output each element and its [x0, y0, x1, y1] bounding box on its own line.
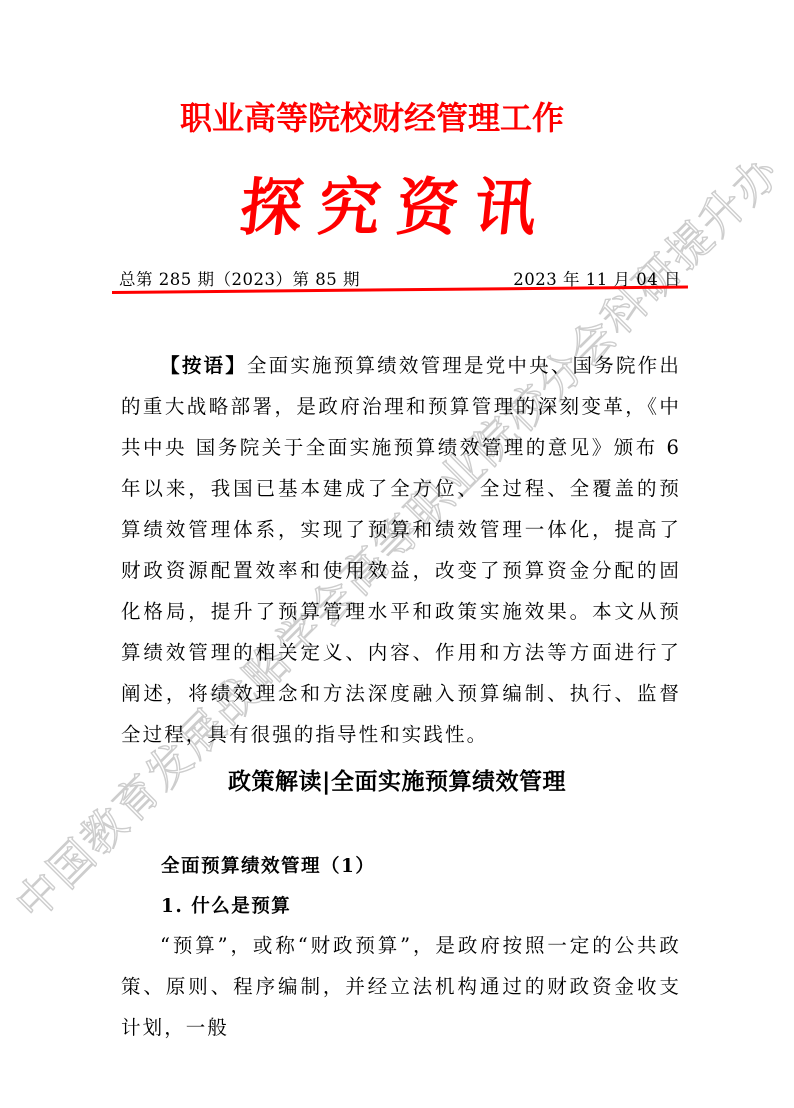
section-title: 政策解读|全面实施预算绩效管理	[0, 763, 794, 796]
body-text: “预算”，或称“财政预算”，是政府按照一定的公共政策、原则、程序编制，并经立法机…	[121, 934, 681, 1039]
item-heading: 1. 什么是预算	[161, 892, 291, 918]
article-subheading: 全面预算绩效管理（1）	[161, 852, 375, 878]
masthead-title: 探究资讯	[0, 158, 794, 247]
document-page: 中国教育发展战略学会高等职业院校分会科研提升办 职业高等院校财经管理工作 探究资…	[0, 0, 794, 1108]
preface-lead-label: 【按语】	[160, 354, 247, 377]
issue-number: 总第 285 期（2023）第 85 期	[119, 266, 360, 290]
page-content: 职业高等院校财经管理工作 探究资讯 总第 285 期（2023）第 85 期 2…	[0, 0, 794, 1108]
preface-paragraph: 【按语】全面实施预算绩效管理是党中央、国务院作出的重大战略部署，是政府治理和预算…	[121, 345, 681, 755]
masthead-organization: 职业高等院校财经管理工作	[0, 93, 744, 139]
body-paragraph: “预算”，或称“财政预算”，是政府按照一定的公共政策、原则、程序编制，并经立法机…	[121, 925, 681, 1048]
preface-text: 全面实施预算绩效管理是党中央、国务院作出的重大战略部署，是政府治理和预算管理的深…	[121, 354, 681, 746]
